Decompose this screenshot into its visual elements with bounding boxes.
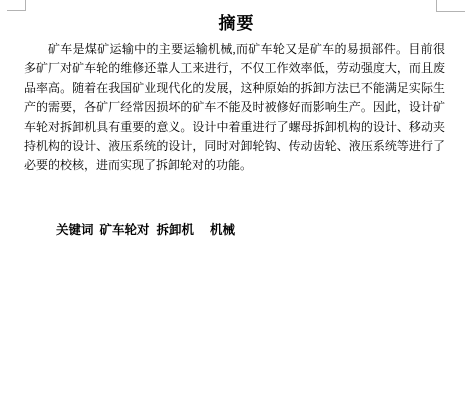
abstract-paragraph[interactable]: 矿车是煤矿运输中的主要运输机械,而矿车轮又是矿车的易损部件。目前很 多矿厂对矿车… xyxy=(24,40,445,176)
abstract-line[interactable]: 持机构的设计、液压系统的设计，同时对卸轮钩、传动齿轮、液压系统等进行了 xyxy=(24,137,445,156)
abstract-line[interactable]: 必要的校核，进而实现了拆卸轮对的功能。 xyxy=(24,156,445,175)
abstract-line[interactable]: 多矿厂对矿车轮的维修还靠人工来进行，不仅工作效率低，劳动强度大，而且废 xyxy=(24,59,445,78)
keyword-item: 机械 xyxy=(210,223,235,237)
page-title[interactable]: 摘要 xyxy=(0,13,473,34)
keyword-item: 矿车轮对 xyxy=(100,223,150,237)
abstract-line[interactable]: 品率高。随着在我国矿业现代化的发展，这种原始的拆卸方法已不能满足实际生 xyxy=(24,79,445,98)
abstract-line[interactable]: 车轮对拆卸机具有重要的意义。设计中着重进行了螺母拆卸机构的设计、移动夹 xyxy=(24,118,445,137)
keywords-label: 关键词 xyxy=(56,223,94,237)
abstract-line[interactable]: 产的需要，各矿厂经常因损坏的矿车不能及时被修好而影响生产。因此，设计矿 xyxy=(24,98,445,117)
keyword-item: 拆卸机 xyxy=(157,223,195,237)
abstract-line[interactable]: 矿车是煤矿运输中的主要运输机械,而矿车轮又是矿车的易损部件。目前很 xyxy=(24,40,445,59)
text-boundary-mark-top-right xyxy=(436,0,465,12)
keywords-line[interactable]: 关键词矿车轮对拆卸机机械 xyxy=(56,221,235,239)
document-page[interactable]: 摘要 矿车是煤矿运输中的主要运输机械,而矿车轮又是矿车的易损部件。目前很 多矿厂… xyxy=(0,0,473,399)
text-boundary-mark-top-left xyxy=(7,0,26,11)
